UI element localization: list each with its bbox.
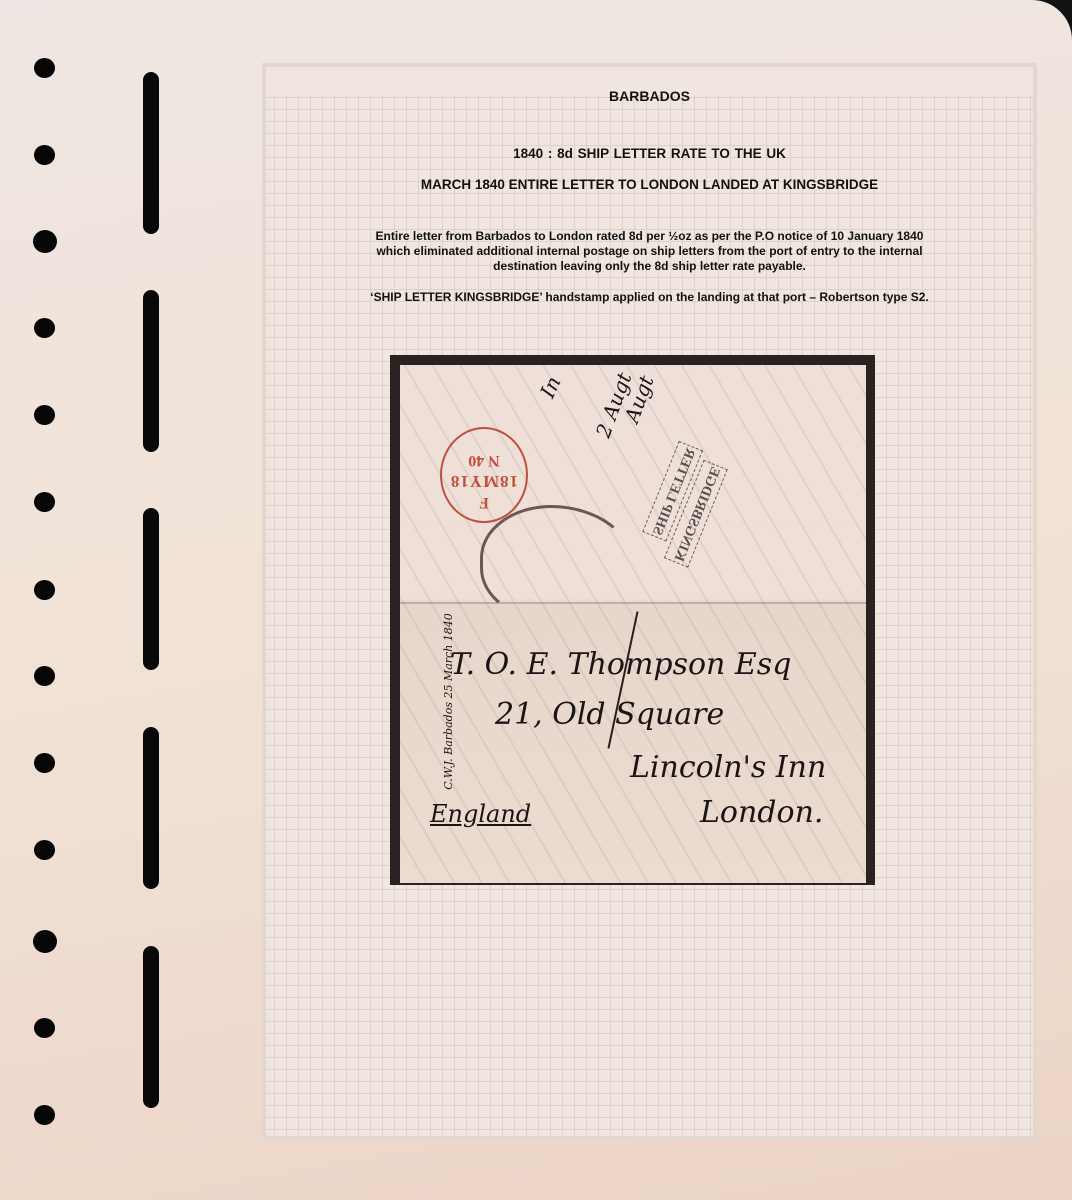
punch-hole — [34, 492, 55, 512]
datestamp-line: N 40 — [442, 451, 526, 469]
punch-hole — [34, 1105, 55, 1125]
binder-slot — [143, 290, 159, 452]
binder-slot — [143, 727, 159, 889]
address-line: 21, Old Square — [495, 697, 724, 732]
handstamp-note: ‘SHIP LETTER KINGSBRIDGE’ handstamp appl… — [262, 290, 1037, 304]
description: Entire letter from Barbados to London ra… — [262, 229, 1037, 274]
sender-note: C.W.J. Barbados 25 March 1840 — [442, 613, 455, 790]
address-line: T. O. E. Thompson Esq — [450, 647, 791, 682]
punch-hole — [34, 1018, 55, 1038]
description-line: Entire letter from Barbados to London ra… — [262, 229, 1037, 244]
entire-letter-image: F 18MY18 N 40 SHIP LETTER KINGSBRIDGE In… — [400, 365, 866, 883]
datestamp-line: 18MY18 — [442, 471, 526, 491]
binder-slot — [143, 946, 159, 1108]
punch-hole — [33, 230, 57, 253]
binder-slot — [143, 72, 159, 234]
album-page: BARBADOS 1840 : 8d SHIP LETTER RATE TO T… — [0, 0, 1072, 1200]
description-line: which eliminated additional internal pos… — [262, 244, 1037, 259]
red-datestamp: F 18MY18 N 40 — [440, 427, 528, 523]
binder-slot — [143, 508, 159, 670]
country-line: England — [430, 800, 531, 828]
datestamp-line: F — [442, 493, 526, 511]
page-subtitle: 1840 : 8d SHIP LETTER RATE TO THE UK — [262, 146, 1037, 161]
address-line: Lincoln's Inn — [630, 750, 826, 785]
page-title: BARBADOS — [262, 88, 1037, 104]
punch-hole — [34, 666, 55, 686]
punch-hole — [34, 753, 55, 773]
description-line: destination leaving only the 8d ship let… — [262, 259, 1037, 274]
punch-hole — [34, 405, 55, 425]
fold-line — [400, 602, 866, 604]
punch-hole — [34, 58, 55, 78]
punch-hole — [34, 840, 55, 860]
item-heading: MARCH 1840 ENTIRE LETTER TO LONDON LANDE… — [262, 177, 1037, 192]
punch-hole — [34, 580, 55, 600]
punch-hole — [34, 318, 55, 338]
punch-hole — [34, 145, 55, 165]
punch-hole — [33, 930, 57, 953]
address-line: London. — [700, 795, 823, 830]
